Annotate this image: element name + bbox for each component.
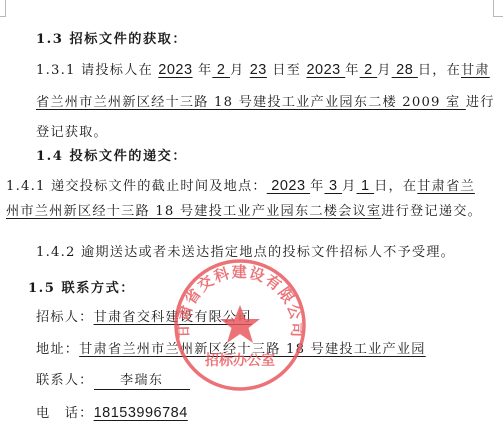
location: 甘肃 <box>461 63 490 78</box>
page-corner-mark-left <box>0 0 6 17</box>
contact-row: 联系人：李瑞东 <box>36 372 190 390</box>
text: 进行 <box>466 95 495 110</box>
heading-1-4: 1.4 投标文件的递交： <box>36 148 187 166</box>
phone-label: 电 话： <box>36 406 94 421</box>
text: 日，在 <box>418 63 461 78</box>
paragraph-1-4-1-cont: 州市兰州新区经十三路 18 号建投工业产业园东二楼会议室进行登记递交。 <box>6 203 482 221</box>
contact-value: 李瑞东 <box>94 373 190 390</box>
deadline-day: 1 <box>357 178 375 194</box>
year-start: 2023 <box>158 62 192 78</box>
paragraph-1-3-1-cont: 省兰州市兰州新区经十三路 18 号建投工业产业园东二楼 2009 室 进行 <box>36 94 495 112</box>
day-end: 28 <box>392 62 418 78</box>
text: 日至 <box>267 63 307 78</box>
text: 月 <box>230 63 250 78</box>
year-end: 2023 <box>306 62 345 78</box>
month-start: 2 <box>212 62 230 78</box>
paragraph-1-4-2: 1.4.2 逾期送达或者未送达指定地点的投标文件招标人不予受理。 <box>36 244 455 262</box>
tenderer-row: 招标人：甘肃省交科建设有限公司 <box>36 309 252 327</box>
text: 月 <box>342 179 356 194</box>
text: 月 <box>377 63 391 78</box>
text: 日，在 <box>374 179 417 194</box>
tenderer-value: 甘肃省交科建设有限公司 <box>94 310 252 325</box>
address-label: 地址： <box>36 342 79 357</box>
stamp-ring-text: 甘肃省交科建设有限公司 <box>174 263 306 339</box>
tenderer-label: 招标人： <box>36 310 94 325</box>
deadline-year: 2023 <box>267 178 310 194</box>
text: 年 <box>345 63 359 78</box>
text: 1.3.1 请投标人在 <box>36 63 158 78</box>
text: 进行登记递交。 <box>381 204 482 219</box>
page-corner-mark-right <box>493 0 503 17</box>
paragraph-1-3-1-end: 登记获取。 <box>36 124 108 142</box>
contact-label: 联系人： <box>36 373 94 388</box>
paragraph-1-3-1: 1.3.1 请投标人在 2023 年 2 月 23 日至 2023 年 2 月 … <box>36 61 490 80</box>
location: 州市兰州新区经十三路 18 号建投工业产业园东二楼会议室 <box>6 204 381 219</box>
text: 1.4.1 递交投标文件的截止时间及地点： <box>6 179 267 194</box>
paragraph-1-4-1: 1.4.1 递交投标文件的截止时间及地点： 2023 年 3 月 1 日，在甘肃… <box>6 177 475 196</box>
address-row: 地址：甘肃省兰州市兰州新区经十三路 18 号建投工业产业园 <box>36 341 426 359</box>
address-value: 甘肃省兰州市兰州新区经十三路 18 号建投工业产业园 <box>79 342 426 357</box>
phone-row: 电 话：18153996784 <box>36 404 188 423</box>
heading-1-5: 1.5 联系方式： <box>28 280 135 298</box>
deadline-month: 3 <box>324 178 342 194</box>
text: 年 <box>310 179 324 194</box>
phone-value: 18153996784 <box>94 405 188 421</box>
text: 年 <box>193 63 213 78</box>
location: 省兰州市兰州新区经十三路 18 号建投工业产业园东二楼 2009 室 <box>36 95 466 110</box>
location: 甘肃省兰 <box>417 179 475 194</box>
heading-1-3: 1.3 招标文件的获取： <box>36 31 187 49</box>
day-start: 23 <box>250 62 267 78</box>
month-end: 2 <box>360 62 378 78</box>
